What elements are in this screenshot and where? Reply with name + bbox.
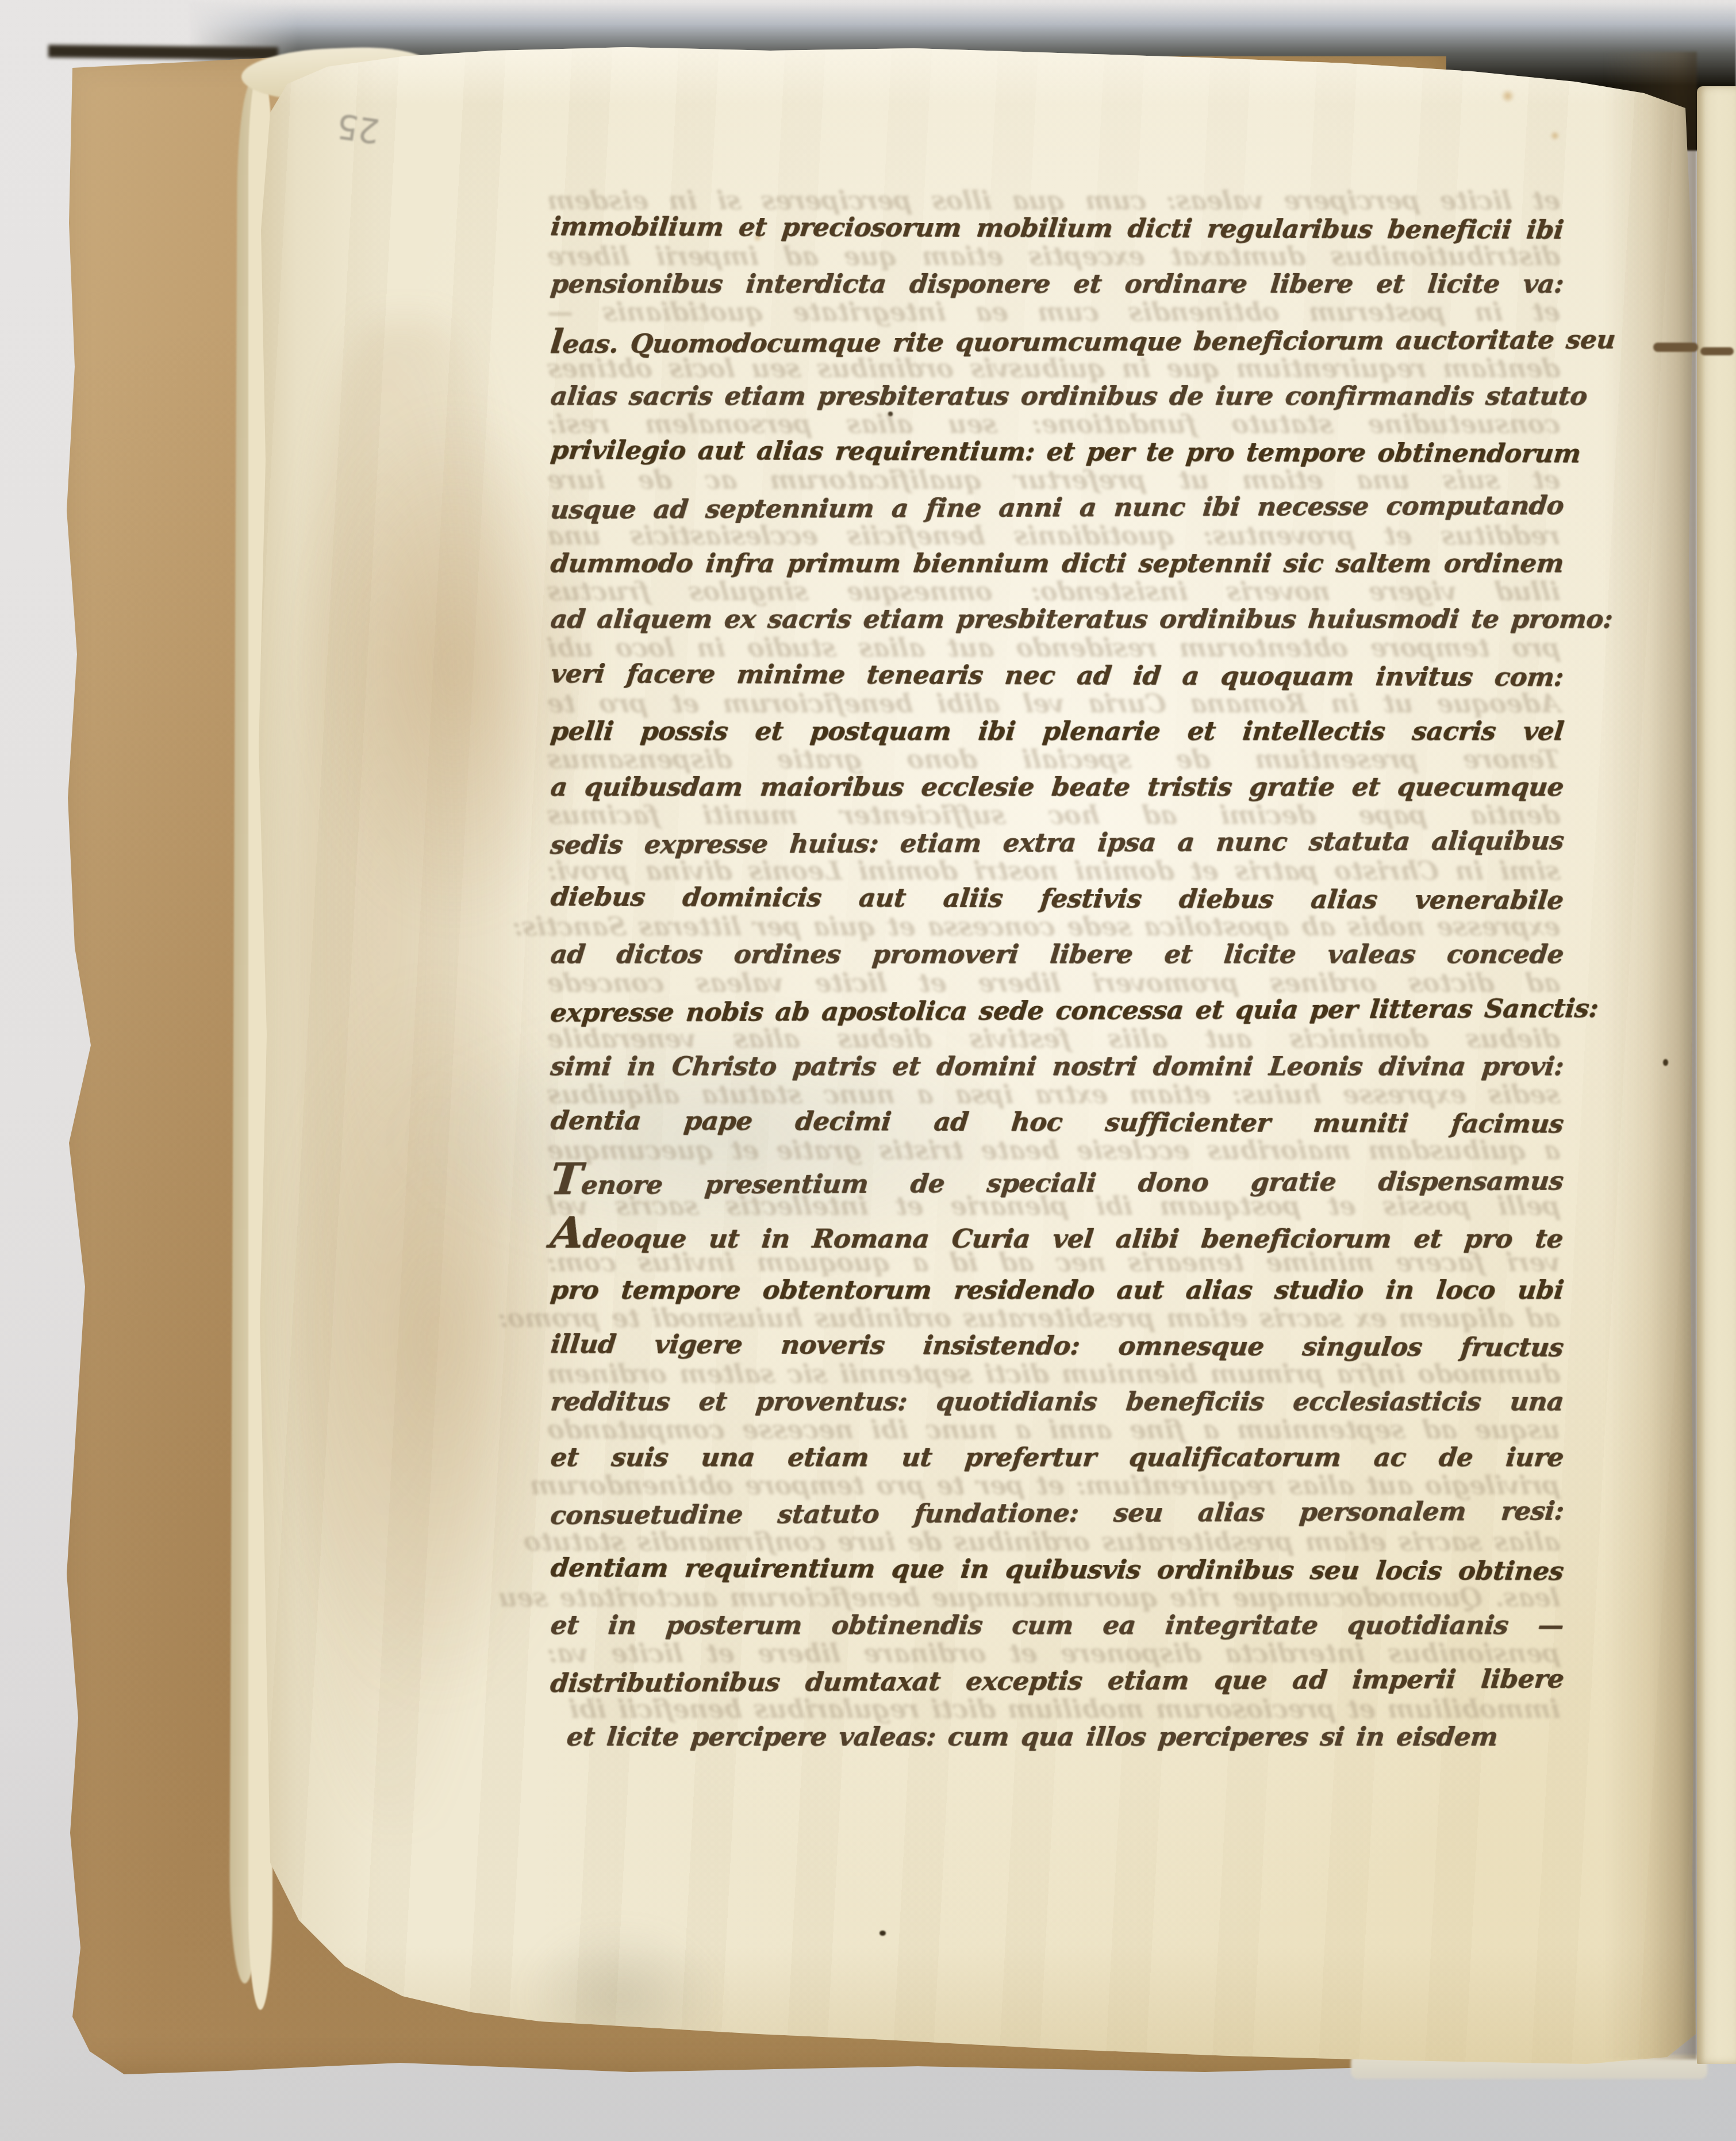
ink-offset-mark <box>1653 343 1698 352</box>
manuscript-text-line: sedis expresse huius: etiam extra ipsa a… <box>548 812 1567 873</box>
manuscript-page: 25 et licite percipere valeas: cum qua i… <box>253 44 1697 2067</box>
gutter-crease <box>1603 52 1697 2059</box>
manuscript-text-line: pro tempore obtentorum residendo aut ali… <box>548 1262 1566 1318</box>
foxing-spot <box>1500 90 1515 102</box>
manuscript-text-line: dentiam requirentium que in quibusvis or… <box>548 1539 1566 1598</box>
manuscript-text-line: Tenore presentium de speciali dono grati… <box>548 1148 1567 1208</box>
manuscript-text-line: expresse nobis ab apostolica sede conces… <box>548 980 1567 1041</box>
manuscript-text-line: pelli possis et postquam ibi plenarie et… <box>548 703 1566 759</box>
manuscript-text-line: illud vigere noveris insistendo: omnesqu… <box>548 1316 1566 1375</box>
manuscript-text-line: dentia pape decimi ad hoc sufficienter m… <box>548 1092 1566 1152</box>
foxing-spot <box>1550 131 1560 140</box>
facing-page-edge <box>1697 86 1736 2064</box>
manuscript-text-line: simi in Christo patris et domini nostri … <box>548 1038 1566 1094</box>
book-cover-shadow-sliver <box>48 45 278 60</box>
manuscript-text-line: et in posterum obtinendis cum ea integri… <box>548 1597 1566 1653</box>
manuscript-text-line: pensionibus interdicta disponere et ordi… <box>548 256 1566 312</box>
manuscript-text-line: ad dictos ordines promoveri libere et li… <box>548 926 1566 982</box>
ink-speck <box>879 1931 886 1936</box>
manuscript-text-line: a quibusdam maioribus ecclesie beate tri… <box>548 759 1566 815</box>
manuscript-text-line: et suis una etiam ut prefertur qualifica… <box>548 1429 1566 1485</box>
manuscript-text-line: usque ad septennium a fine anni a nunc i… <box>548 477 1567 538</box>
manuscript-text-line: dummodo infra primum biennium dicti sept… <box>548 535 1566 591</box>
manuscript-text-line: distributionibus dumtaxat exceptis etiam… <box>548 1651 1567 1711</box>
manuscript-text-line: Adeoque ut in Romana Curia vel alibi ben… <box>548 1206 1566 1261</box>
manuscript-text-line: immobilium et preciosorum mobilium dicti… <box>548 198 1566 258</box>
manuscript-text-line: redditus et proventus: quotidianis benef… <box>548 1373 1566 1429</box>
ink-offset-mark <box>1700 347 1734 355</box>
manuscript-text-line: et licite percipere valeas: cum qua illo… <box>548 1709 1566 1764</box>
manuscript-text-line: privilegio aut alias requirentium: et pe… <box>548 422 1566 481</box>
manuscript-text-line: leas. Quomodocumque rite quorumcumque be… <box>548 310 1567 370</box>
manuscript-text-line: diebus dominicis aut aliis festivis dieb… <box>548 869 1566 928</box>
manuscript-scan: 25 et licite percipere valeas: cum qua i… <box>0 0 1736 2141</box>
ink-text-layer: immobilium et preciosorum mobilium dicti… <box>551 200 1564 1770</box>
manuscript-text-line: ad aliquem ex sacris etiam presbiteratus… <box>548 591 1566 647</box>
manuscript-text-line: alias sacris etiam presbiteratus ordinib… <box>548 368 1566 424</box>
manuscript-text-line: veri facere minime tenearis nec ad id a … <box>548 645 1566 704</box>
manuscript-text-line: consuetudine statuto fundatione: seu ali… <box>548 1483 1567 1543</box>
pencil-folio-number: 25 <box>317 91 400 164</box>
